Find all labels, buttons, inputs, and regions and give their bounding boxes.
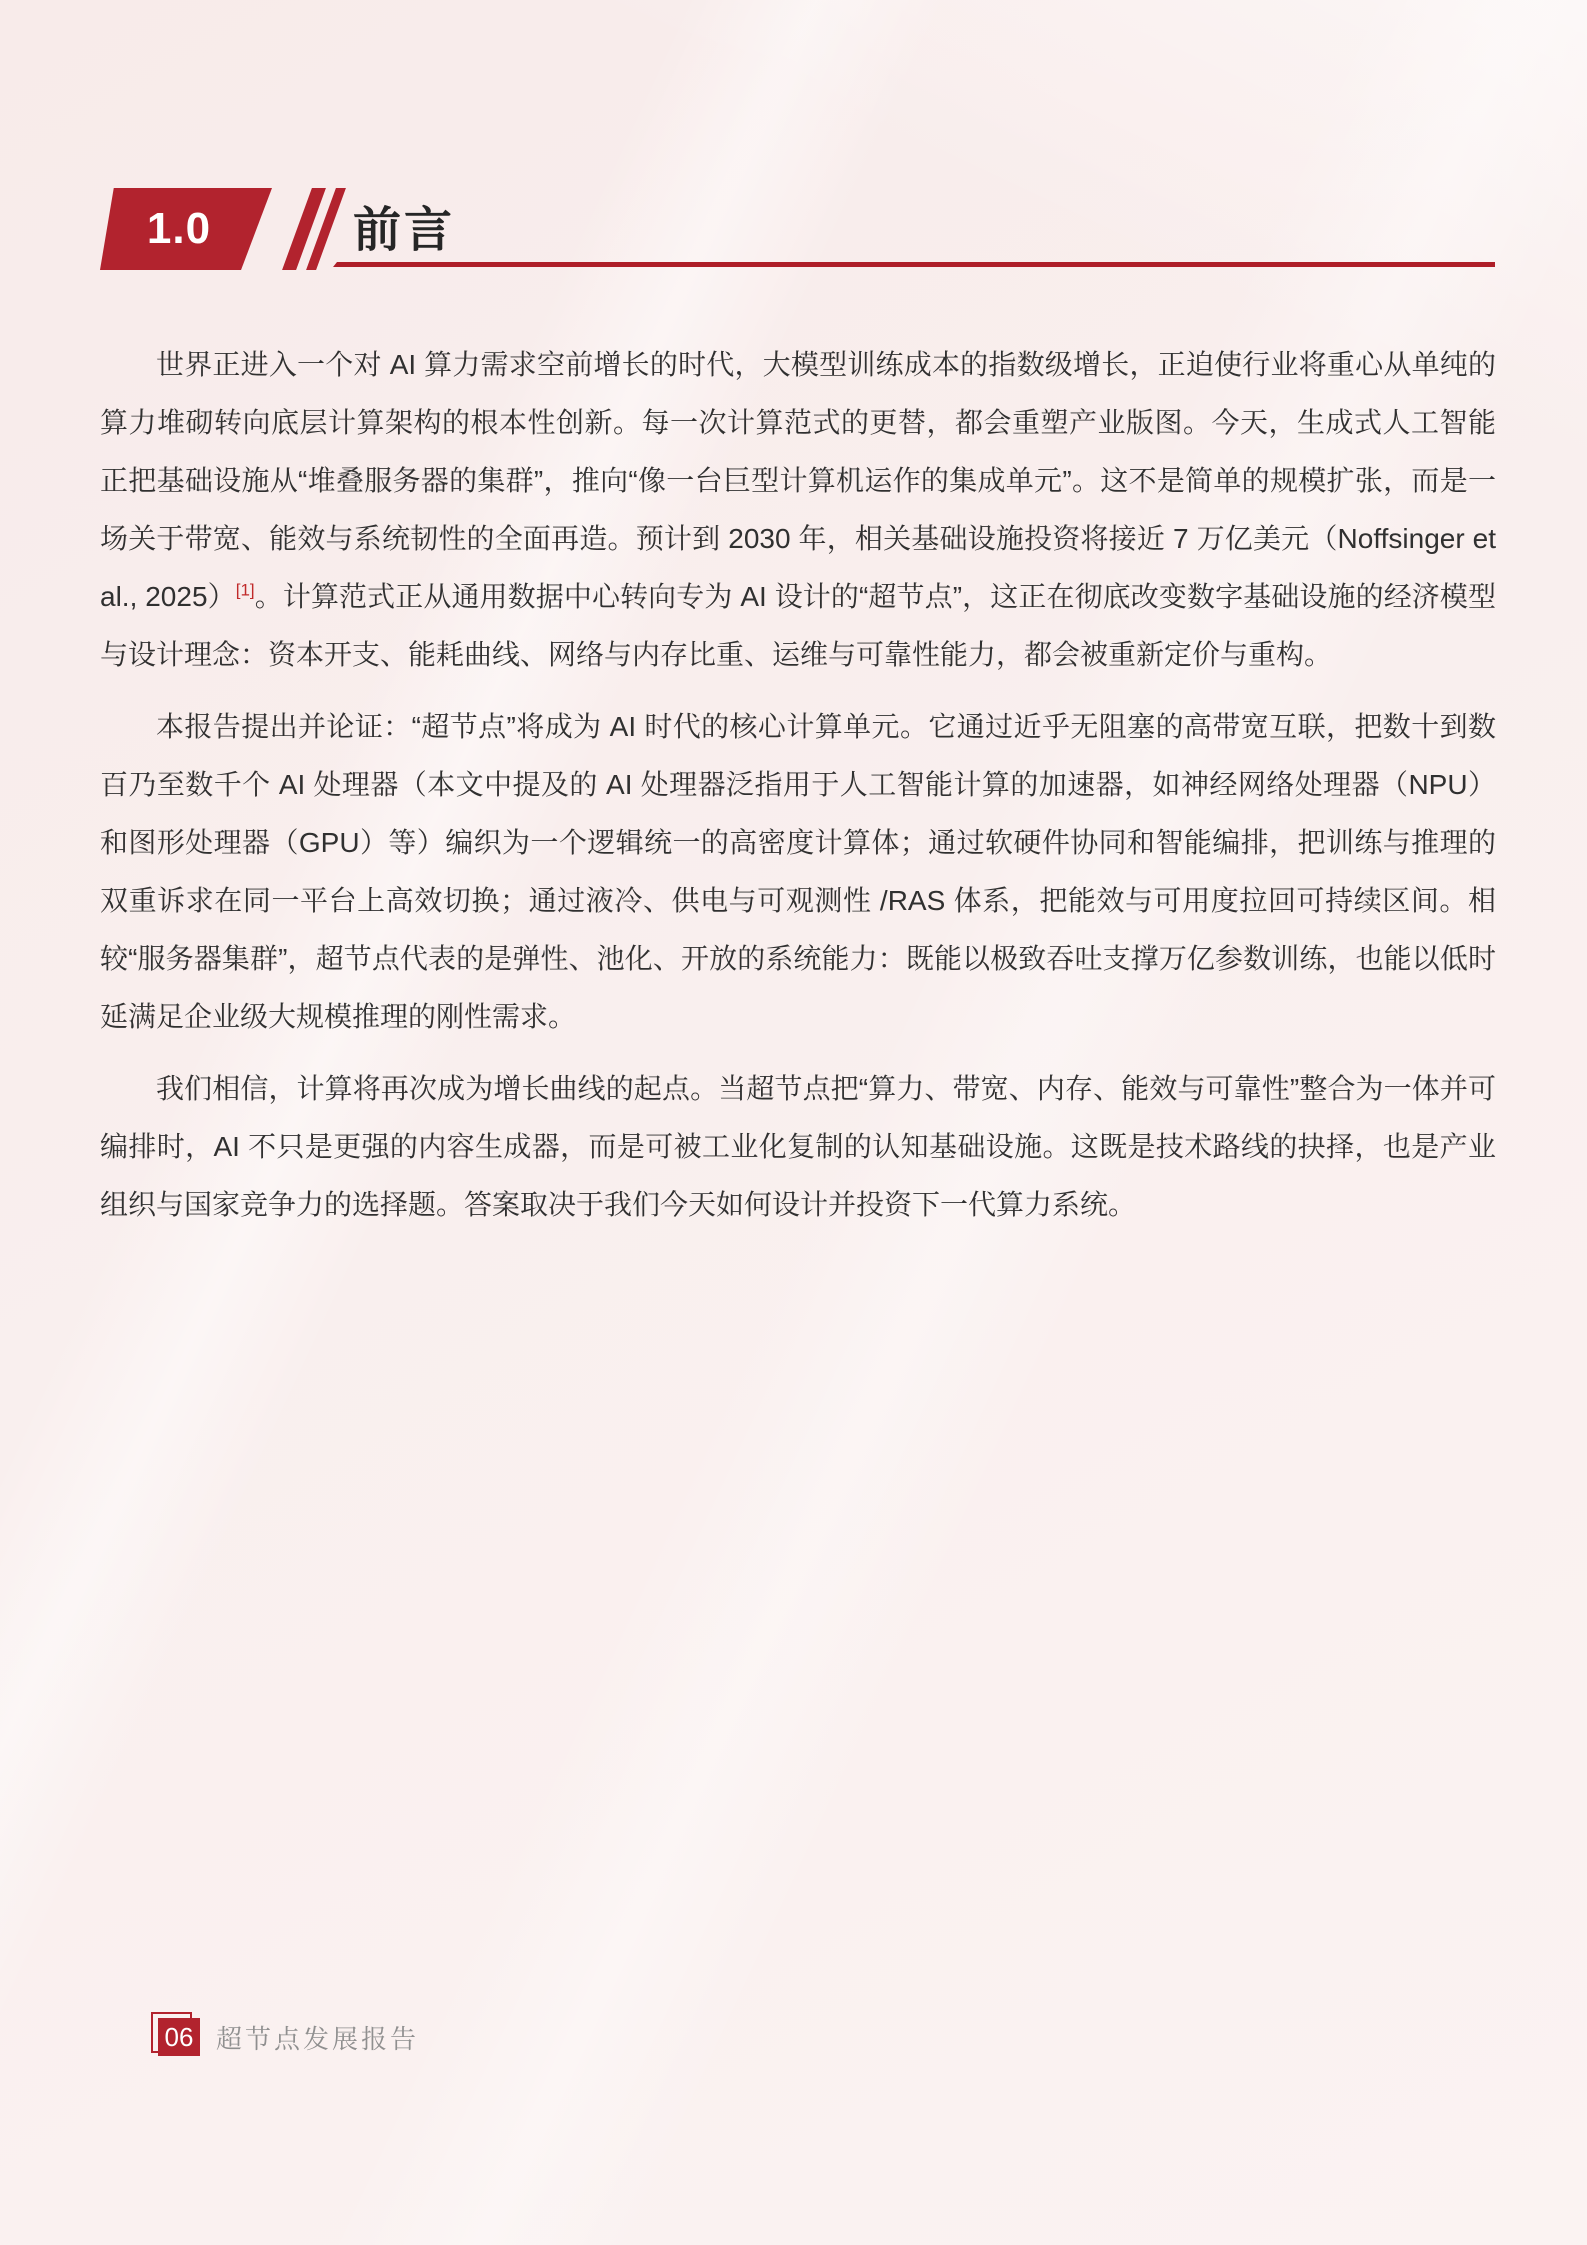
report-page: 1.0 前言 世界正进入一个对 AI 算力需求空前增长的时代，大模型训练成本的指… — [0, 0, 1587, 2245]
report-title: 超节点发展报告 — [216, 2018, 419, 2056]
section-number-label: 1.0 — [147, 204, 225, 254]
body-paragraph-1: 世界正进入一个对 AI 算力需求空前增长的时代，大模型训练成本的指数级增长，正迫… — [100, 336, 1496, 684]
paragraph-1-text: 世界正进入一个对 AI 算力需求空前增长的时代，大模型训练成本的指数级增长，正迫… — [100, 349, 1496, 612]
section-title: 前言 — [353, 188, 455, 262]
paragraph-1-text-continued: 。计算范式正从通用数据中心转向专为 AI 设计的“超节点”，这正在彻底改变数字基… — [100, 581, 1496, 670]
body-paragraph-2: 本报告提出并论证：“超节点”将成为 AI 时代的核心计算单元。它通过近乎无阻塞的… — [100, 698, 1496, 1046]
body-content: 世界正进入一个对 AI 算力需求空前增长的时代，大模型训练成本的指数级增长，正迫… — [100, 336, 1496, 1248]
section-title-underline — [333, 262, 1495, 267]
body-paragraph-3: 我们相信，计算将再次成为增长曲线的起点。当超节点把“算力、带宽、内存、能效与可靠… — [100, 1060, 1496, 1234]
page-number-badge: 06 — [158, 2018, 200, 2056]
citation-reference-1: [1] — [236, 581, 255, 600]
section-number-badge: 1.0 — [100, 188, 272, 270]
page-number: 06 — [165, 2022, 194, 2053]
